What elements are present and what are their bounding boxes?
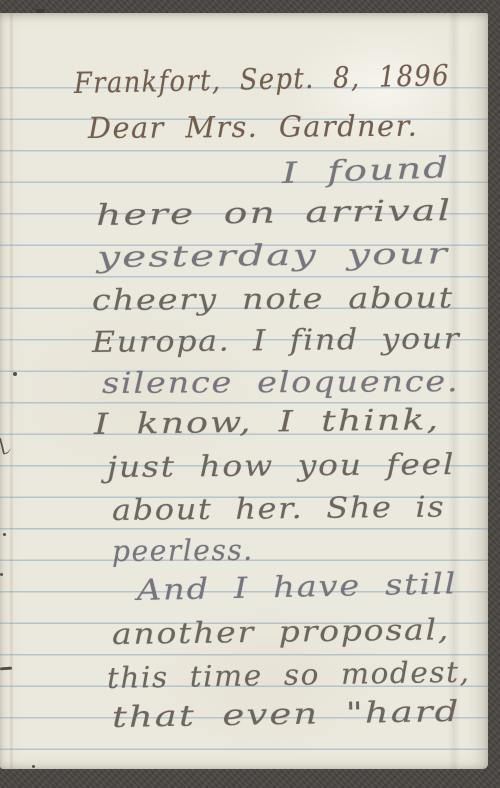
letter-line-6: silence eloquence. [102, 367, 460, 398]
ink-bleed-dot [32, 765, 35, 768]
letter-page: Frankfort, Sept. 8, 1896 Dear Mrs. Gardn… [0, 13, 488, 769]
letter-line-9: about her. She is [112, 493, 446, 525]
letter-line-8: just how you feel [107, 450, 455, 482]
letter-line-11: And I have still [137, 569, 458, 605]
ink-bleed-dot [0, 573, 3, 576]
letter-line-10: peerless. [112, 536, 254, 566]
letter-line-7: I know, I think, [94, 405, 440, 439]
letter-salutation: Dear Mrs. Gardner. [88, 112, 418, 143]
letter-line-5: Europa. I find your [92, 324, 461, 357]
ink-bleed-dot [13, 372, 17, 376]
letter-line-2: here on arrival [96, 196, 453, 230]
letter-line-1: I found [281, 153, 450, 188]
ink-bleed-dot [3, 533, 6, 536]
scan-background: Frankfort, Sept. 8, 1896 Dear Mrs. Gardn… [0, 0, 500, 788]
letter-dateline: Frankfort, Sept. 8, 1896 [74, 61, 451, 98]
paper-crease-left [9, 13, 14, 769]
letter-line-4: cheery note about [92, 283, 454, 315]
letter-line-12: another proposal, [112, 615, 450, 649]
letter-line-14: that even "hard [112, 697, 461, 732]
letter-line-3: yesterday your [97, 239, 449, 272]
letter-line-13: this time so modest, [107, 658, 471, 693]
